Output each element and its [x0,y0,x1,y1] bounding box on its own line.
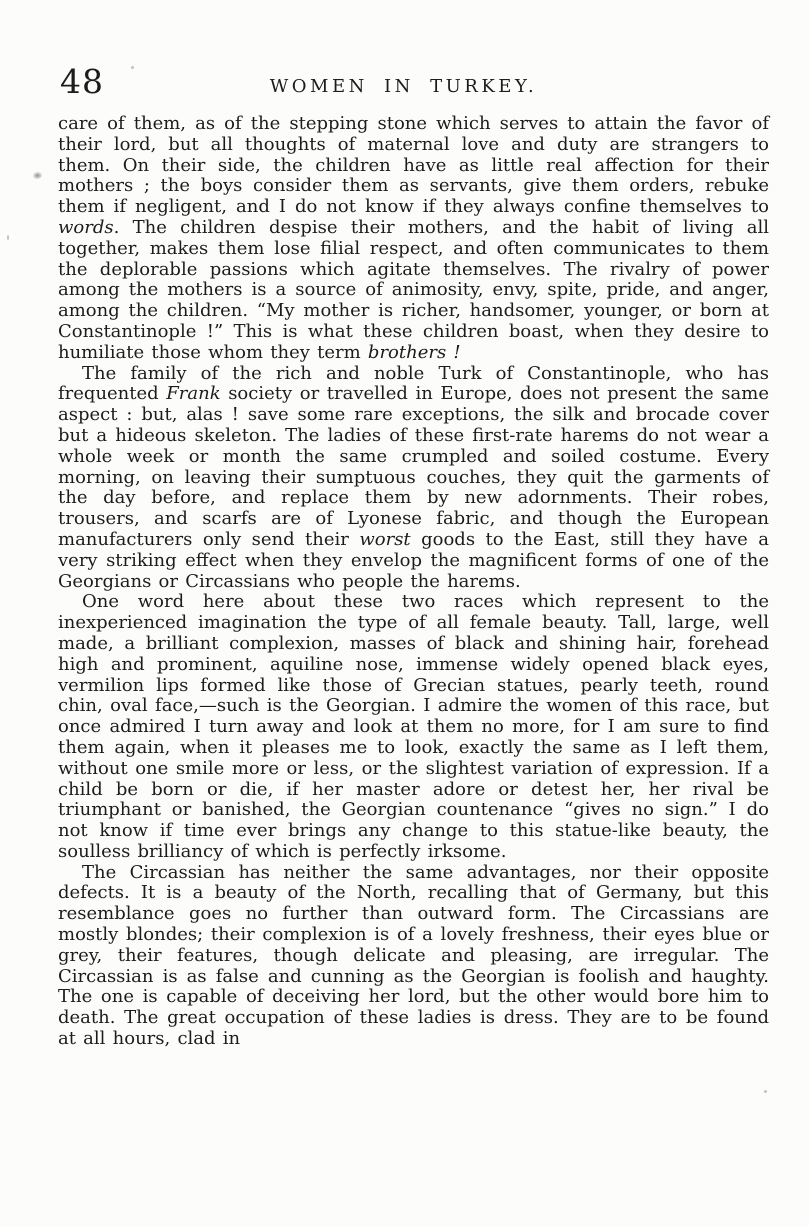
italic-run: words [58,217,114,238]
text-run: One word here about these two races whic… [58,591,769,862]
paragraph-2: The family of the rich and noble Turk of… [58,364,769,593]
paragraph-4: The Circassian has neither the same adva… [58,863,769,1050]
text-run: The Circassian has neither the same adva… [58,862,769,1049]
text-run: society or travelled in Europe, does not… [58,383,769,550]
italic-run: Frank [166,383,220,404]
ink-smudge [33,172,42,179]
paragraph-3: One word here about these two races whic… [58,592,769,862]
text-run: care of them, as of the stepping stone w… [58,113,769,217]
italic-run: brothers ! [368,342,461,363]
scanned-book-page: 48 WOMEN IN TURKEY. care of them, as of … [0,0,809,1226]
running-head: 48 WOMEN IN TURKEY. [58,62,769,98]
scan-speck [7,235,9,240]
italic-run: worst [359,529,410,550]
paragraph-1: care of them, as of the stepping stone w… [58,114,769,364]
page-text: care of them, as of the stepping stone w… [58,114,769,1050]
running-title: WOMEN IN TURKEY. [58,78,749,96]
scan-speck [764,1090,767,1093]
